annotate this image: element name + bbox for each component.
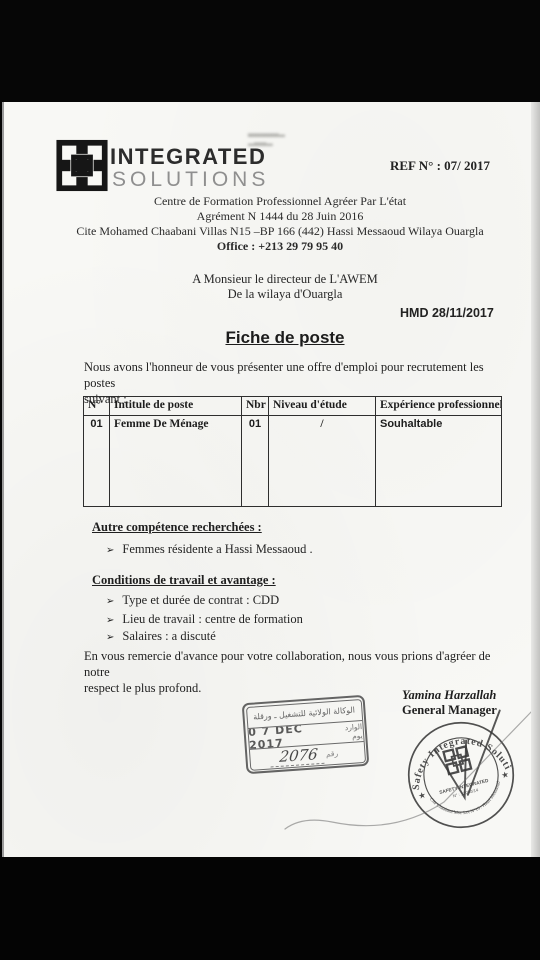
photo-black-band-top: [0, 0, 540, 102]
date-stamp-received-label: الوارد يوم: [335, 722, 363, 742]
org-address-line-3: Cite Mohamed Chaabani Villas N15 –BP 166…: [30, 224, 530, 239]
arrow-bullet-icon: ➢: [106, 615, 114, 626]
list-item: ➢Salaires : a discuté: [106, 629, 216, 644]
org-address-line-2: Agrément N 1444 du 28 Juin 2016: [30, 209, 530, 224]
table-header-cell: N°: [84, 397, 110, 416]
section-heading-conditions: Conditions de travail et avantage :: [92, 573, 276, 588]
arrow-bullet-icon: ➢: [106, 596, 114, 607]
date-stamp-number-label: رقم: [326, 749, 339, 759]
table-header-cell: Intitule de poste: [110, 397, 242, 416]
arrow-bullet-icon: ➢: [106, 632, 114, 643]
intro-line-1: Nous avons l'honneur de vous présenter u…: [84, 359, 508, 391]
table-header-cell: Expérience professionnelle: [376, 397, 502, 416]
org-address-block: Centre de Formation Professionnel Agréer…: [30, 194, 530, 254]
positions-table: N° Intitule de poste Nbr Niveau d'étude …: [83, 396, 502, 507]
date-stamp-number: 2076: [271, 745, 327, 768]
list-item-text: Type et durée de contrat : CDD: [122, 593, 279, 607]
org-address-line-1: Centre de Formation Professionnel Agréer…: [30, 194, 530, 209]
scanned-letter-photo: INTEGRATED SOLUTIONS ▃▃▃▃▃▂▂▃▃▂ REF N° :…: [0, 0, 540, 960]
closing-line-1: En vous remercie d'avance pour votre col…: [84, 648, 514, 680]
list-item-text: Salaires : a discuté: [122, 629, 215, 643]
org-phone-line: Office : +213 29 79 95 40: [30, 239, 530, 254]
ref-number: REF N° : 07/ 2017: [390, 158, 490, 174]
page-title: Fiche de poste: [30, 328, 540, 348]
table-cell-number: 01: [84, 416, 110, 507]
brand-subname: SOLUTIONS: [112, 168, 269, 192]
section-heading-competences: Autre compétence recherchées :: [92, 520, 262, 535]
photo-black-band-bottom: [0, 857, 540, 960]
recipient-line-1: A Monsieur le directeur de L'AWEM: [30, 272, 540, 287]
paper: INTEGRATED SOLUTIONS ▃▃▃▃▃▂▂▃▃▂ REF N° :…: [2, 102, 540, 857]
ink-smudge: ▃▃▃▃▃▂▂▃▃▂: [248, 128, 318, 146]
brand-name: INTEGRATED: [110, 144, 266, 170]
table-header-cell: Niveau d'étude: [269, 397, 376, 416]
table-header-row: N° Intitule de poste Nbr Niveau d'étude …: [84, 397, 502, 416]
list-item-text: Femmes résidente a Hassi Messaoud .: [122, 542, 312, 556]
table-cell-experience: Souhaltable: [376, 416, 502, 507]
signature-name: Yamina Harzallah: [402, 688, 496, 703]
table-cell-count: 01: [242, 416, 269, 507]
arrow-bullet-icon: ➢: [106, 545, 114, 556]
knot-logo-icon: [55, 139, 109, 192]
recipient-line-2: De la wilaya d'Ouargla: [30, 287, 540, 302]
list-item: ➢Type et durée de contrat : CDD: [106, 593, 279, 608]
list-item: ➢Femmes résidente a Hassi Messaoud .: [106, 542, 313, 557]
table-cell-position: Femme De Ménage: [110, 416, 242, 507]
table-row: 01 Femme De Ménage 01 / Souhaltable: [84, 416, 502, 507]
table-header-cell: Nbr: [242, 397, 269, 416]
seal-star-left: ★: [417, 789, 427, 801]
recipient-block: A Monsieur le directeur de L'AWEM De la …: [30, 272, 540, 302]
list-item: ➢Lieu de travail : centre de formation: [106, 612, 303, 627]
list-item-text: Lieu de travail : centre de formation: [122, 612, 302, 626]
seal-star-right: ★: [500, 769, 510, 781]
company-seal-stamp: Safety Integrated Solutions ★ ★ Cite Cha…: [392, 706, 530, 844]
date-reference: HMD 28/11/2017: [400, 306, 494, 320]
date-stamp: الوكالة الولائية للتشغيل ـ ورقلة 0 7 DEC…: [242, 695, 370, 774]
date-stamp-border: الوكالة الولائية للتشغيل ـ ورقلة 0 7 DEC…: [245, 699, 365, 771]
paper-edge-shadow: [531, 102, 540, 857]
table-cell-education: /: [269, 416, 376, 507]
